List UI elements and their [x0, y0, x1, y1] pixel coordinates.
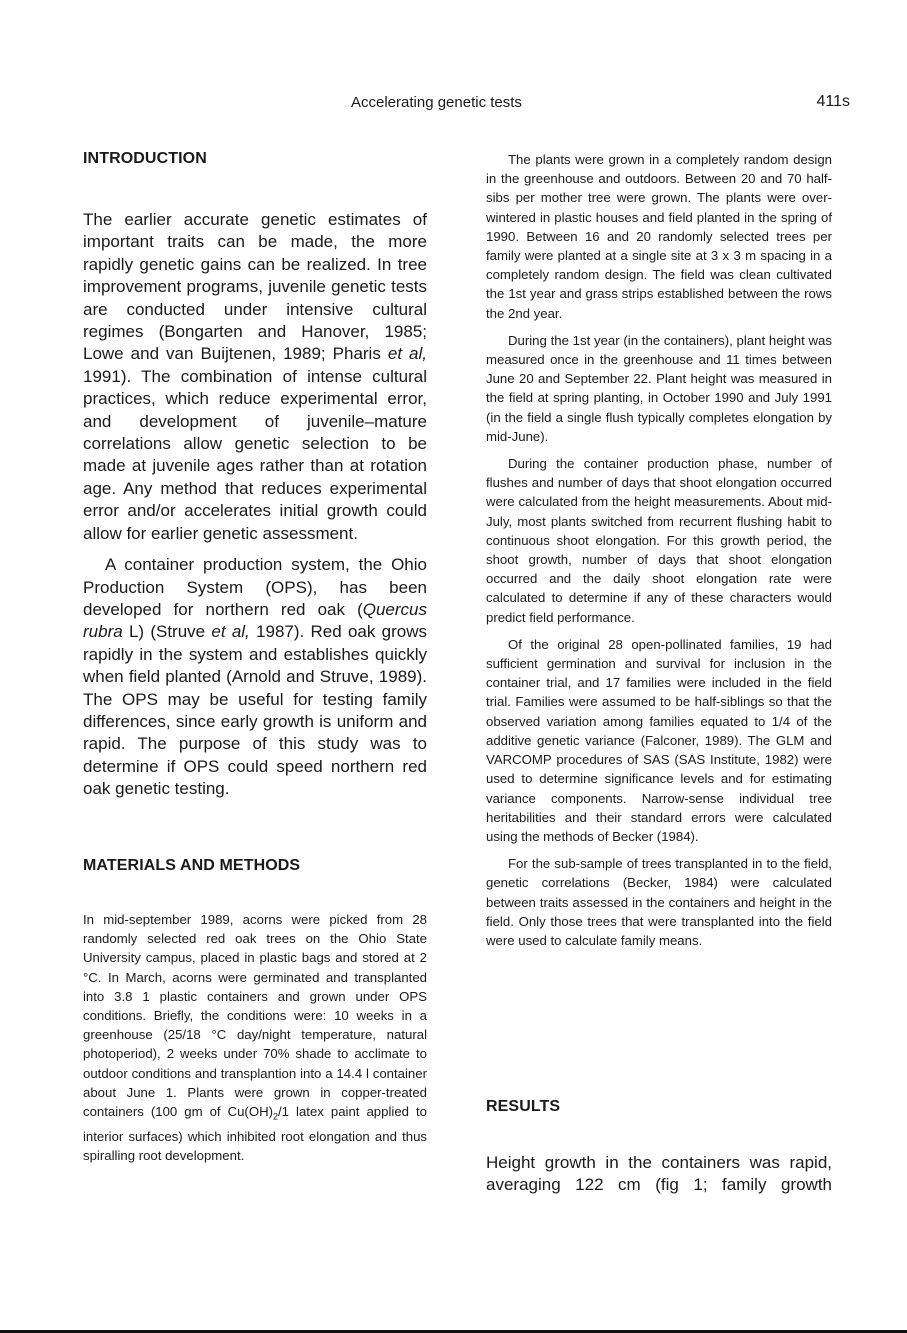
results-paragraph-1: Height growth in the containers was rapi…: [486, 1152, 832, 1197]
materials-methods-body: In mid-september 1989, acorns were picke…: [83, 910, 427, 1165]
text-run: The earlier accurate genetic estimates o…: [83, 210, 427, 363]
text-run: 1987). Red oak grows rapidly in the syst…: [83, 622, 427, 798]
text-run: L) (Struve: [123, 622, 212, 641]
families-paragraph: Of the original 28 open-pollinated famil…: [486, 635, 832, 846]
italic-text: et al,: [211, 622, 249, 641]
introduction-heading: INTRODUCTION: [83, 150, 207, 168]
text-run: 1991). The combination of intense cultur…: [83, 367, 427, 543]
height-measurement-paragraph: During the 1st year (in the containers),…: [486, 331, 832, 446]
right-column-body: The plants were grown in a completely ra…: [486, 150, 832, 950]
page-number: 411s: [538, 93, 850, 111]
results-body: Height growth in the containers was rapi…: [486, 1152, 832, 1197]
materials-methods-heading: MATERIALS AND METHODS: [83, 857, 300, 875]
running-title: Accelerating genetic tests: [351, 94, 522, 111]
container-phase-paragraph: During the container production phase, n…: [486, 454, 832, 627]
intro-paragraph-1: The earlier accurate genetic estimates o…: [83, 209, 427, 545]
results-heading: RESULTS: [486, 1098, 560, 1116]
correlations-paragraph: For the sub-sample of trees transplanted…: [486, 854, 832, 950]
methods-paragraph-1: In mid-september 1989, acorns were picke…: [83, 910, 427, 1165]
design-paragraph: The plants were grown in a completely ra…: [486, 150, 832, 323]
introduction-body: The earlier accurate genetic estimates o…: [83, 209, 427, 801]
intro-paragraph-2: A container production system, the Ohio …: [83, 554, 427, 800]
italic-text: et al,: [388, 344, 427, 363]
